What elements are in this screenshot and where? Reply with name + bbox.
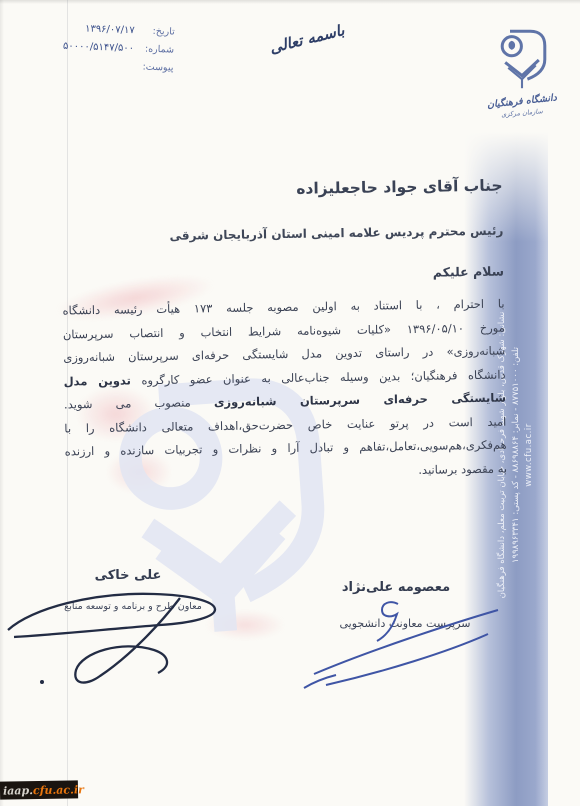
university-logo-block: دانشگاه فرهنگیان سازمان مرکزی xyxy=(478,26,566,117)
university-emblem-icon xyxy=(492,26,552,94)
university-website: www.cfu.ac.ir xyxy=(523,240,537,670)
signer-title-right: سرپرست معاونت دانشجویی xyxy=(300,617,510,630)
recipient-name: جناب آقای جواد حاجعلیزاده xyxy=(61,177,503,202)
recipient-title: رئیس محترم پردیس علامه امینی استان آذربا… xyxy=(61,224,503,245)
source-watermark-bar: iaap.cfu.ac.ir xyxy=(0,780,78,799)
watermark-site: cfu.ac.ir xyxy=(33,783,84,797)
scanned-letter-page: نشانی: شهرک قدس، بلوار شهید فرحزادی، خیا… xyxy=(0,0,580,806)
salutation: سلام علیکم xyxy=(62,264,504,286)
signer-title-left: معاون طرح و برنامه و توسعه منابع xyxy=(38,601,228,612)
letter-content: جناب آقای جواد حاجعلیزاده رئیس محترم پرد… xyxy=(58,0,513,806)
letter-body: با احترام ، با استناد به اولین مصوبه جلس… xyxy=(62,293,507,488)
signer-name-right: معصومه علی‌نژاد xyxy=(300,580,492,595)
signature-block-student-affairs: معصومه علی‌نژاد سرپرست معاونت دانشجویی xyxy=(300,580,510,630)
watermark-prefix: iaap. xyxy=(3,784,33,798)
signer-name-left: علی خاکی xyxy=(38,568,218,583)
scan-edge-left xyxy=(0,0,4,806)
phone-fax-postal-line: تلفن: ۸۷۷۵۱۰۰۰ - نمابر: ۸۸۶۹۸۸۶۴ - کد پس… xyxy=(510,240,524,670)
signature-block-planning-deputy: علی خاکی معاون طرح و برنامه و توسعه مناب… xyxy=(38,568,228,612)
